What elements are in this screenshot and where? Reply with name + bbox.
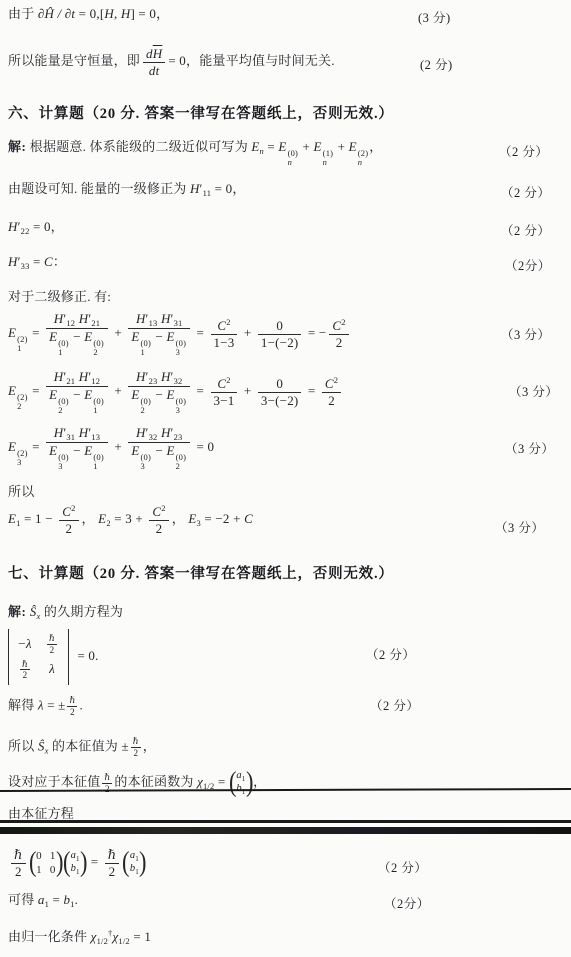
score-matrix: （2 分） xyxy=(378,858,427,876)
line-a1-equals-b1: 可得 a1 = b1. xyxy=(8,892,78,909)
equation-secular-det: −λℏ2ℏ2λ = 0. xyxy=(8,629,99,685)
score-line-6: （2 分） xyxy=(501,221,550,239)
line-secular-intro: 解: Ŝx 的久期方程为 xyxy=(8,604,123,621)
score-lambda: （2 分） xyxy=(370,696,419,714)
scanned-exam-answer-page: 由于 ∂Ĥ / ∂t = 0,[H, H] = 0， 所以能量是守恒量，即dHd… xyxy=(0,0,571,957)
score-line-2: (2 分) xyxy=(420,55,453,73)
score-line-5: （2 分） xyxy=(501,183,550,201)
section-7-heading: 七、计算题（20 分. 答案一律写在答题纸上，否则无效.） xyxy=(8,565,394,584)
line-eigenvalues: 所以 Ŝx 的本征值为 ±ℏ2， xyxy=(8,736,156,759)
equation-energy-results: E1 = 1 − C22， E2 = 3 + C22， E3 = −2 + C xyxy=(8,504,253,536)
equation-e3-correction: E(2)3 = H′31 H′13E(0)3 − E(0)1 + H′32 H′… xyxy=(8,425,214,471)
page-seam-band xyxy=(0,827,571,834)
equation-e2-correction: E(2)2 = H′21 H′12E(0)2 − E(0)1 + H′23 H′… xyxy=(8,369,344,415)
score-eq-e2: （3 分） xyxy=(509,382,558,400)
line-h22: H′22 = 0， xyxy=(8,219,64,236)
score-det: （2 分） xyxy=(366,645,415,663)
section-6-heading: 六、计算题（20 分. 答案一律写在答题纸上，否则无效.） xyxy=(8,105,394,124)
score-eq-e1: （3 分） xyxy=(501,325,550,343)
equation-e1-correction: E(2)1 = H′12 H′21E(0)1 − E(0)2 + H′13 H′… xyxy=(8,311,352,357)
score-line-4: （2 分） xyxy=(499,142,548,160)
equation-matrix-eigen: ℏ2(0110)(a1b1) = ℏ2(a1b1) xyxy=(8,847,147,879)
score-a1b1: （2分） xyxy=(384,894,430,912)
line-therefore: 所以 xyxy=(8,484,34,501)
score-line-1: (3 分) xyxy=(418,8,451,26)
rule-under-eigen-equation xyxy=(0,820,571,823)
score-line-7: （2分） xyxy=(505,256,551,274)
line-energy-conserved: 所以能量是守恒量，即dHdt= 0，能量平均值与时间无关. xyxy=(8,46,335,78)
line-second-order-approx: 解: 根据题意. 体系能级的二级近似可写为 En = E(0)n + E(1)n… xyxy=(8,139,383,168)
line-energy-condition: 由于 ∂Ĥ / ∂t = 0,[H, H] = 0， xyxy=(8,6,169,23)
score-eq-e3: （3 分） xyxy=(505,439,554,457)
score-results: （3 分） xyxy=(495,518,544,536)
equation-lambda-solution: 解得 λ = ±ℏ2. xyxy=(8,695,83,718)
line-h33: H′33 = C： xyxy=(8,254,66,271)
line-normalization: 由归一化条件 χ1/2†χ1/2 = 1 xyxy=(8,929,151,946)
line-first-order-h11: 由题设可知. 能量的一级修正为 H′11 = 0， xyxy=(8,181,246,198)
line-eigenfunction-setup: 设对应于本征值ℏ2的本征函数为 χ1/2 = (a1b1)， xyxy=(8,769,266,797)
line-second-order-intro: 对于二级修正. 有: xyxy=(8,289,111,306)
